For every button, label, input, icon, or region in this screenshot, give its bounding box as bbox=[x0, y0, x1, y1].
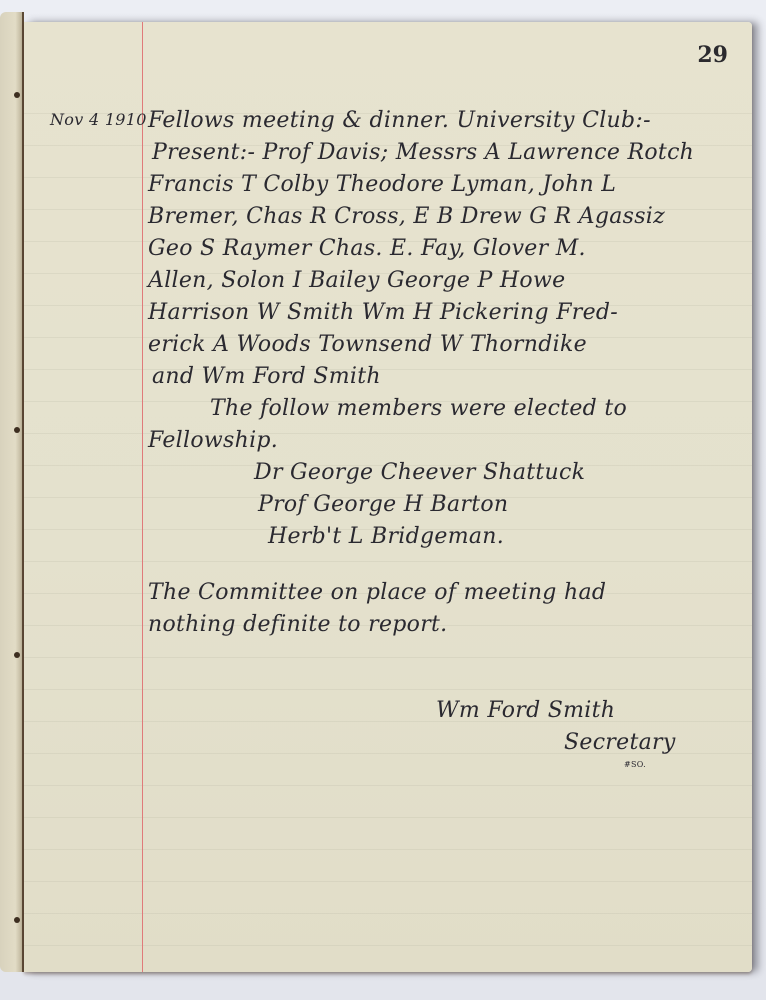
entry-date: Nov 4 1910 bbox=[50, 110, 147, 129]
elected-member: Dr George Cheever Shattuck bbox=[254, 460, 585, 485]
binding-hole bbox=[14, 427, 20, 433]
ledger-page: 29 Nov 4 1910 Fellows meeting & dinner. … bbox=[24, 22, 752, 972]
signature-name: Wm Ford Smith bbox=[436, 698, 615, 723]
text-line: Allen, Solon I Bailey George P Howe bbox=[148, 268, 565, 293]
text-line: Geo S Raymer Chas. E. Fay, Glover M. bbox=[148, 236, 586, 261]
text-line: Present:- Prof Davis; Messrs A Lawrence … bbox=[152, 140, 694, 165]
text-line: and Wm Ford Smith bbox=[152, 364, 381, 389]
elected-member: Prof George H Barton bbox=[258, 492, 508, 517]
margin-rule bbox=[142, 22, 143, 972]
text-line: The Committee on place of meeting had bbox=[148, 580, 606, 605]
binding-hole bbox=[14, 652, 20, 658]
text-line: Harrison W Smith Wm H Pickering Fred- bbox=[148, 300, 618, 325]
binding-hole bbox=[14, 917, 20, 923]
text-line: The follow members were elected to bbox=[210, 396, 627, 421]
text-line: Francis T Colby Theodore Lyman, John L bbox=[148, 172, 616, 197]
text-line: Bremer, Chas R Cross, E B Drew G R Agass… bbox=[148, 204, 665, 229]
signature-title: Secretary bbox=[564, 730, 676, 755]
text-line: Fellows meeting & dinner. University Clu… bbox=[148, 108, 651, 133]
text-line: nothing definite to report. bbox=[148, 612, 447, 637]
text-line: Fellowship. bbox=[148, 428, 278, 453]
signature-note: #SO. bbox=[624, 760, 646, 769]
elected-member: Herb't L Bridgeman. bbox=[268, 524, 504, 549]
text-line: erick A Woods Townsend W Thorndike bbox=[148, 332, 587, 357]
left-page-edge bbox=[0, 12, 24, 972]
page-number: 29 bbox=[697, 42, 728, 68]
binding-hole bbox=[14, 92, 20, 98]
